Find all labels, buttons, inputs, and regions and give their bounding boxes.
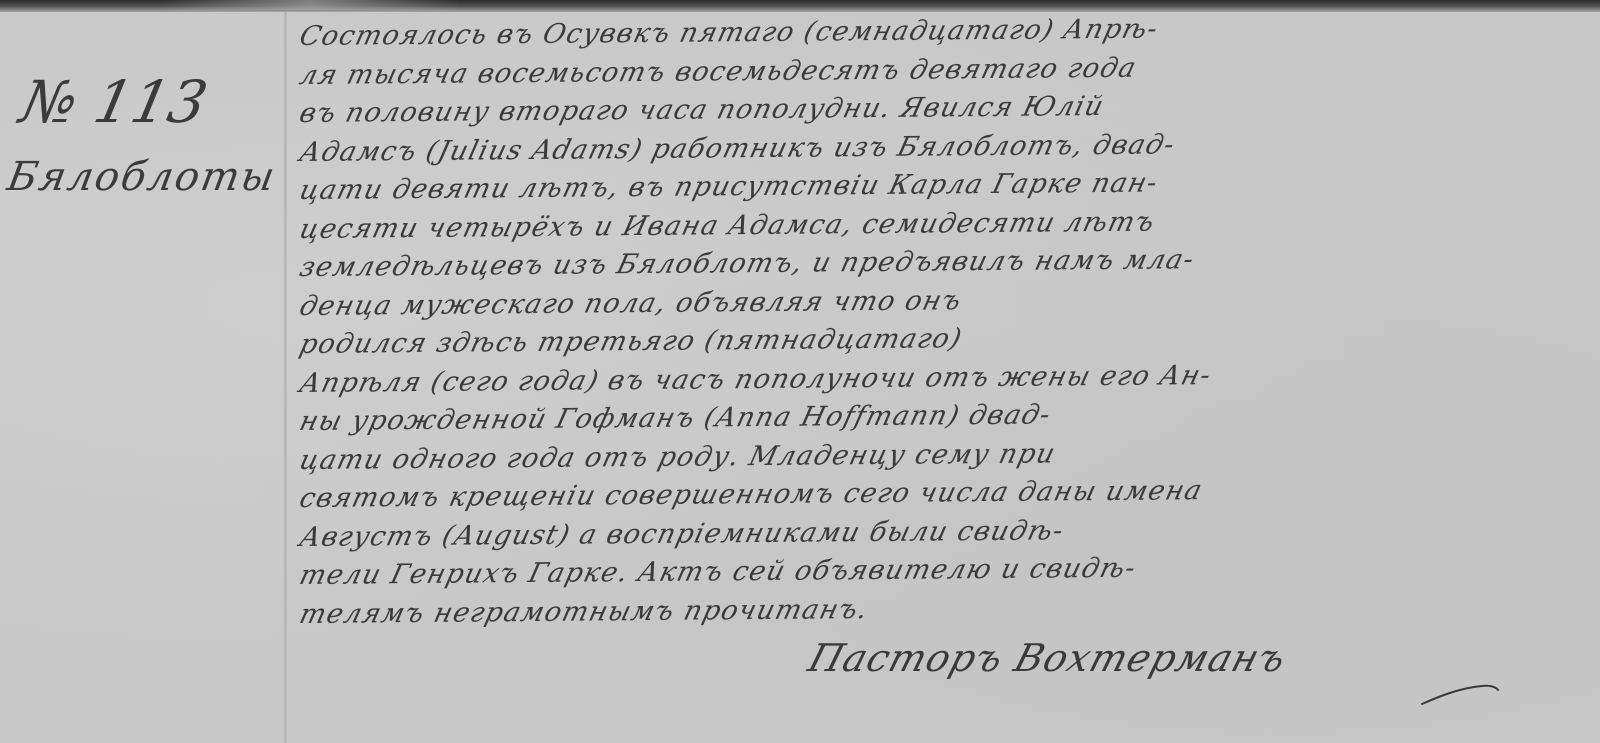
- record-body: Состоялось въ Осуввкъ пятаго (семнадцата…: [300, 18, 1590, 634]
- signature-flourish-icon: [1420, 678, 1500, 708]
- locality-name: Бялоблоты: [4, 155, 280, 199]
- act-number: № 113: [16, 72, 213, 132]
- pastor-signature: Пасторъ Вохтерманъ: [804, 636, 1292, 680]
- margin-fold-line: [284, 12, 287, 743]
